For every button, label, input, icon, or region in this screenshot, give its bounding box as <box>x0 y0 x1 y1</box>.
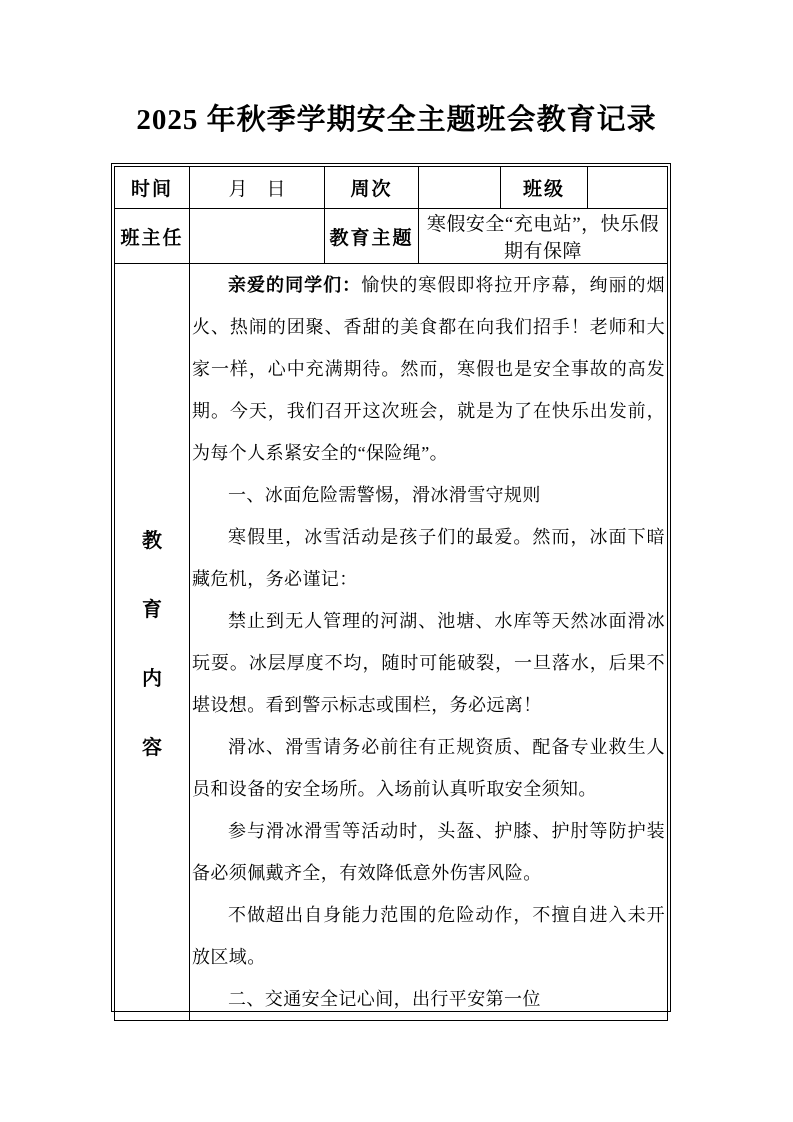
header-row-1: 时间 月 日 周次 班级 <box>115 167 668 209</box>
content-paragraph: 禁止到无人管理的河湖、池塘、水库等天然冰面滑冰玩耍。冰层厚度不均，随时可能破裂，… <box>192 600 665 726</box>
record-table: 时间 月 日 周次 班级 班主任 教育主题 寒假安全“充电站”，快乐假期有保障 … <box>111 163 671 1012</box>
content-paragraph: 参与滑冰滑雪等活动时，头盔、护膝、护肘等防护装备必须佩戴齐全，有效降低意外伤害风… <box>192 810 665 894</box>
content-paragraph: 寒假里，冰雪活动是孩子们的最爱。然而，冰面下暗藏危机，务必谨记： <box>192 516 665 600</box>
content-label-cell: 教 育 内 容 <box>115 264 190 1021</box>
content-paragraph-intro: 亲爱的同学们：愉快的寒假即将拉开序幕，绚丽的烟火、热闹的团聚、香甜的美食都在向我… <box>192 264 665 474</box>
class-value-cell[interactable] <box>588 167 668 209</box>
intro-salutation: 亲爱的同学们： <box>228 275 361 295</box>
content-label-char: 教 <box>142 524 162 553</box>
content-row: 教 育 内 容 亲爱的同学们：愉快的寒假即将拉开序幕，绚丽的烟火、热闹的团聚、香… <box>115 264 668 1021</box>
content-paragraph: 不做超出自身能力范围的危险动作，不擅自进入未开放区域。 <box>192 894 665 978</box>
content-paragraph: 一、冰面危险需警惕，滑冰滑雪守规则 <box>192 474 665 516</box>
theme-value-cell: 寒假安全“充电站”，快乐假期有保障 <box>419 209 668 264</box>
content-label-char: 育 <box>142 593 162 622</box>
content-label-char: 内 <box>142 662 162 691</box>
week-value-cell[interactable] <box>419 167 501 209</box>
document-title: 2025 年秋季学期安全主题班会教育记录 <box>0 97 793 138</box>
intro-body: 愉快的寒假即将拉开序幕，绚丽的烟火、热闹的团聚、香甜的美食都在向我们招手！老师和… <box>192 275 665 463</box>
content-cell: 亲爱的同学们：愉快的寒假即将拉开序幕，绚丽的烟火、热闹的团聚、香甜的美食都在向我… <box>190 264 668 1021</box>
time-value-cell[interactable]: 月 日 <box>190 167 325 209</box>
class-label: 班级 <box>501 167 588 209</box>
time-label: 时间 <box>115 167 190 209</box>
teacher-value-cell[interactable] <box>190 209 325 264</box>
header-row-2: 班主任 教育主题 寒假安全“充电站”，快乐假期有保障 <box>115 209 668 264</box>
content-paragraph: 滑冰、滑雪请务必前往有正规资质、配备专业救生人员和设备的安全场所。入场前认真听取… <box>192 726 665 810</box>
week-label: 周次 <box>325 167 419 209</box>
content-label-vertical: 教 育 内 容 <box>117 524 187 760</box>
content-paragraph: 二、交通安全记心间，出行平安第一位 <box>192 978 665 1020</box>
content-label-char: 容 <box>142 731 162 760</box>
theme-label: 教育主题 <box>325 209 419 264</box>
teacher-label: 班主任 <box>115 209 190 264</box>
